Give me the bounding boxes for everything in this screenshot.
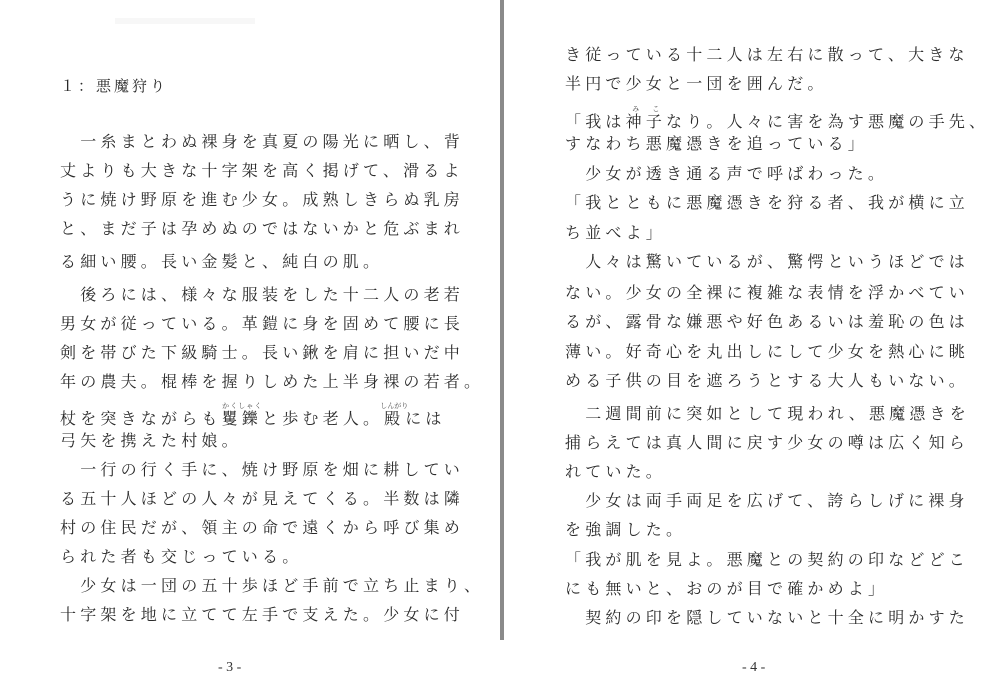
text-line: 後ろには、様々な服装をした十二人の老若 (60, 285, 464, 305)
ruby-annotation: 神み (626, 112, 646, 131)
text-line: 契約の印を隠していないと十全に明かすた (565, 608, 969, 628)
text-line: 「我は神み子こなり。人々に害を為す悪魔の手先、 (565, 105, 989, 132)
ruby-annotation: 殿しんがり (383, 409, 405, 428)
chapter-title: １：悪魔狩り (60, 75, 168, 96)
page-number-left: - 3 - (218, 660, 241, 676)
text-line: 杖を突きながらも矍鑠かくしゃくと歩む老人。殿しんがりには (60, 402, 446, 429)
text-line: 弓矢を携えた村娘。 (60, 431, 242, 451)
text-line: を強調した。 (565, 520, 686, 540)
right-page: き従っている十二人は左右に散って、大きな半円で少女と一団を囲んだ。「我は神み子こ… (505, 0, 1000, 695)
text-line: にも無いと、おのが目で確かめよ」 (565, 579, 888, 599)
text-line: ち並べよ」 (565, 223, 666, 243)
left-page: １：悪魔狩り 一糸まとわぬ裸身を真夏の陽光に晒し、背丈よりも大きな十字架を高く掲… (0, 0, 500, 695)
text-line: 少女は両手両足を広げて、誇らしげに裸身 (565, 491, 969, 511)
faint-header-mark (115, 18, 255, 24)
text-line: 捕らえては真人間に戻す少女の噂は広く知ら (565, 433, 969, 453)
text-line: 男女が従っている。革鎧に身を固めて腰に長 (60, 314, 464, 334)
text-line: 少女が透き通る声で呼ばわった。 (565, 164, 888, 184)
text-line: るが、露骨な嫌悪や好色あるいは羞恥の色は (565, 312, 969, 332)
text-line: 少女は一団の五十歩ほど手前で立ち止まり、 (60, 576, 484, 596)
page-divider (500, 0, 504, 640)
text-line: 十字架を地に立てて左手で支えた。少女に付 (60, 605, 464, 625)
text-line: 半円で少女と一団を囲んだ。 (565, 74, 828, 94)
ruby-annotation: 子こ (646, 112, 666, 131)
text-line: すなわち悪魔憑きを追っている」 (565, 134, 868, 154)
text-line: 「我が肌を見よ。悪魔との契約の印などどこ (565, 550, 969, 570)
text-line: られた者も交じっている。 (60, 547, 302, 567)
text-line: 剣を帯びた下級騎士。長い鍬を肩に担いだ中 (60, 343, 464, 363)
page-number-right: - 4 - (742, 660, 765, 676)
text-line: 一行の行く手に、焼け野原を畑に耕してい (60, 460, 464, 480)
text-line: れていた。 (565, 462, 666, 482)
text-line: 人々は驚いているが、驚愕というほどでは (565, 252, 969, 272)
text-line: 薄い。好奇心を丸出しにして少女を熱心に眺 (565, 342, 969, 362)
text-line: 丈よりも大きな十字架を高く掲げて、滑るよ (60, 161, 464, 181)
text-line: き従っている十二人は左右に散って、大きな (565, 45, 969, 65)
text-line: 二週間前に突如として現われ、悪魔憑きを (565, 404, 970, 424)
text-line: うに焼け野原を進む少女。成熟しきらぬ乳房 (60, 190, 464, 210)
text-line: る五十人ほどの人々が見えてくる。半数は隣 (60, 489, 464, 509)
text-line: 村の住民だが、領主の命で遠くから呼び集め (60, 518, 464, 538)
text-line: る細い腰。長い金髪と、純白の肌。 (60, 252, 383, 272)
text-line: 年の農夫。棍棒を握りしめた上半身裸の若者。 (60, 372, 484, 392)
text-line: と、まだ子は孕めぬのではないかと危ぶまれ (60, 219, 464, 239)
text-line: ない。少女の全裸に複雑な表情を浮かべてい (565, 283, 969, 303)
text-line: 「我とともに悪魔憑きを狩る者、我が横に立 (565, 193, 969, 213)
text-line: める子供の目を遮ろうとする大人もいない。 (565, 371, 969, 391)
text-line: 一糸まとわぬ裸身を真夏の陽光に晒し、背 (60, 132, 464, 152)
ruby-annotation: 矍鑠かくしゃく (222, 409, 262, 428)
